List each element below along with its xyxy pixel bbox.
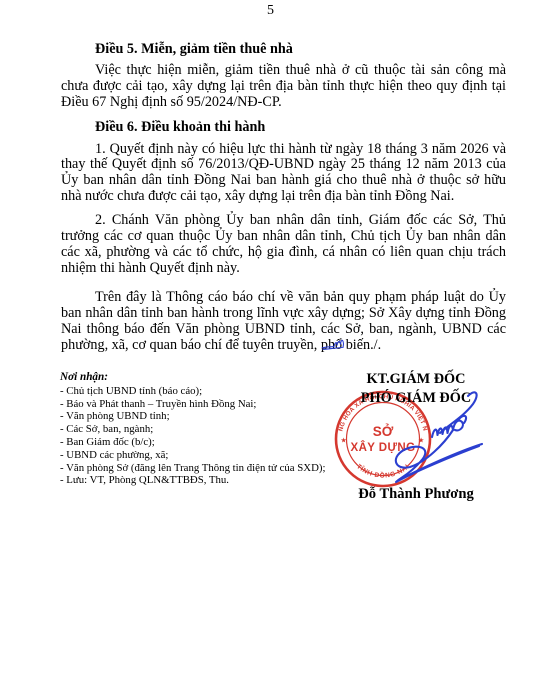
handwritten-signature	[352, 386, 497, 494]
article-6-heading: Điều 6. Điều khoản thi hành	[61, 120, 506, 136]
page-number: 5	[0, 3, 541, 19]
article-5-heading: Điều 5. Miễn, giảm tiền thuê nhà	[61, 42, 506, 58]
recipient-item: - UBND các phường, xã;	[60, 449, 330, 462]
article-6-clause-2: 2. Chánh Văn phòng Ủy ban nhân dân tỉnh,…	[61, 213, 506, 277]
recipient-item: - Văn phòng UBND tỉnh;	[60, 410, 330, 423]
document-body: Điều 5. Miễn, giảm tiền thuê nhà Việc th…	[61, 42, 506, 353]
closing-paragraph: Trên đây là Thông cáo báo chí về văn bản…	[61, 290, 506, 354]
recipient-item: - Ban Giám đốc (b/c);	[60, 436, 330, 449]
handwritten-initials-mark	[320, 335, 354, 353]
recipients-list: - Chủ tịch UBND tỉnh (báo cáo); - Báo và…	[60, 385, 330, 487]
recipients-block: Nơi nhận: - Chủ tịch UBND tỉnh (báo cáo)…	[60, 371, 330, 487]
recipient-item: - Các Sở, ban, ngành;	[60, 423, 330, 436]
recipient-item: - Lưu: VT, Phòng QLN&TTBĐS, Thu.	[60, 474, 330, 487]
recipient-item: - Chủ tịch UBND tỉnh (báo cáo);	[60, 385, 330, 398]
stamp-star-left: ★	[341, 437, 347, 445]
recipient-item: - Báo và Phát thanh – Truyền hình Đồng N…	[60, 398, 330, 411]
document-page: 5 Điều 5. Miễn, giảm tiền thuê nhà Việc …	[0, 0, 541, 695]
article-5-paragraph: Việc thực hiện miễn, giảm tiền thuê nhà …	[61, 63, 506, 111]
recipients-label: Nơi nhận:	[60, 371, 330, 384]
recipient-item: - Văn phòng Sở (đăng lên Trang Thông tin…	[60, 462, 330, 475]
article-6-clause-1: 1. Quyết định này có hiệu lực thi hành t…	[61, 142, 506, 206]
